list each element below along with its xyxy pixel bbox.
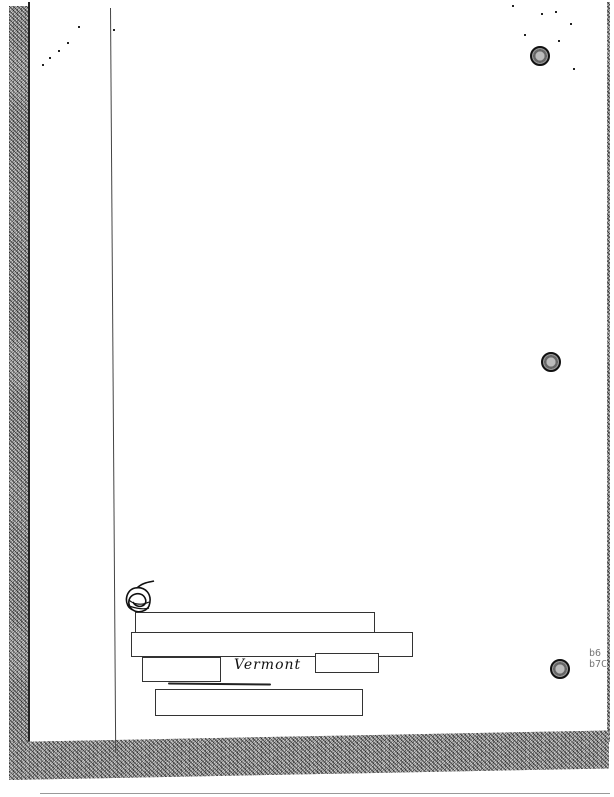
- punch-hole-middle: [541, 352, 561, 372]
- scan-speck: [570, 23, 572, 25]
- scan-speck: [42, 64, 44, 66]
- scan-speck: [555, 11, 557, 13]
- exemption-code: b6: [589, 648, 607, 659]
- exemption-code: b7C: [589, 659, 607, 670]
- scan-speck: [78, 26, 80, 28]
- redaction-box: [135, 612, 375, 634]
- scan-speck: [573, 68, 575, 70]
- scan-speck: [67, 42, 69, 44]
- scan-bottom-line: [40, 793, 610, 794]
- exemption-codes: b6 b7C: [589, 648, 607, 670]
- scan-speck: [49, 57, 51, 59]
- redaction-box: [142, 657, 221, 682]
- redaction-box: [155, 689, 363, 716]
- scan-speck: [541, 13, 543, 15]
- scan-speck: [113, 29, 115, 31]
- scan-speck: [512, 5, 514, 7]
- scan-speck: [524, 34, 526, 36]
- punch-hole-top: [530, 46, 550, 66]
- redaction-box: [315, 653, 379, 673]
- scan-edge-left: [9, 6, 28, 762]
- handwritten-note: Vermont: [234, 657, 301, 673]
- punch-hole-bottom: [550, 659, 570, 679]
- scan-speck: [558, 40, 560, 42]
- scan-speck: [58, 50, 60, 52]
